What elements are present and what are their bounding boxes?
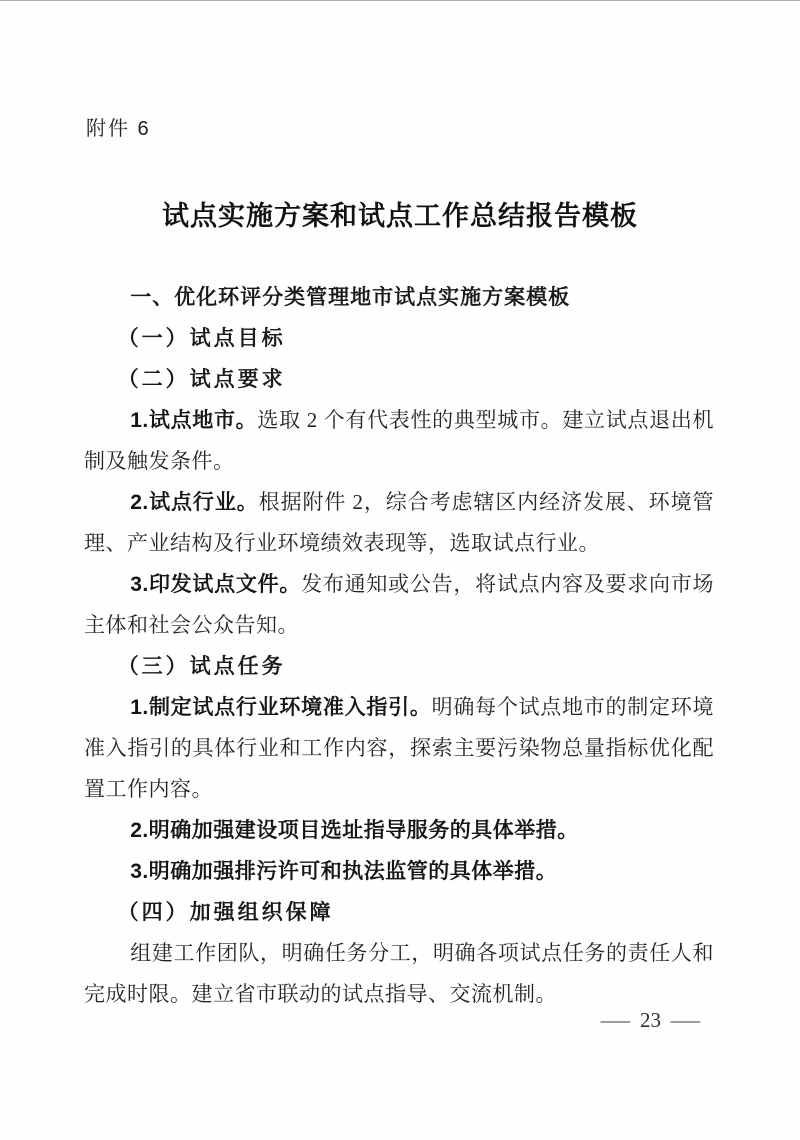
paragraph-task-permit-enforcement: 3.明确加强排污许可和执法监管的具体举措。: [84, 851, 714, 892]
bold-lead-pilot-city: 1.试点地市。: [130, 409, 257, 432]
subsection-heading-organization: （四）加强组织保障: [84, 892, 714, 933]
footer-dash-right: —: [671, 1008, 700, 1033]
bold-lead-pilot-industry: 2.试点行业。: [130, 491, 258, 514]
bold-lead-issue-documents: 3.印发试点文件。: [130, 573, 301, 596]
document-body: 一、优化环评分类管理地市试点实施方案模板 （一）试点目标 （二）试点要求 1.试…: [84, 277, 714, 1015]
paragraph-task-site-guidance: 2.明确加强建设项目选址指导服务的具体举措。: [84, 810, 714, 851]
paragraph-pilot-industry: 2.试点行业。根据附件 2，综合考虑辖区内经济发展、环境管理、产业结构及行业环境…: [84, 482, 714, 564]
bold-lead-task-site-guidance: 2.明确加强建设项目选址指导服务的具体举措。: [130, 819, 579, 842]
subsection-heading-requirements: （二）试点要求: [84, 359, 714, 400]
paragraph-issue-documents: 3.印发试点文件。发布通知或公告，将试点内容及要求向市场主体和社会公众告知。: [84, 564, 714, 646]
subsection-heading-tasks: （三）试点任务: [84, 646, 714, 687]
page-number: 23: [640, 1008, 661, 1033]
page-footer: —23—: [605, 1008, 696, 1033]
document-page: 附件 6 试点实施方案和试点工作总结报告模板 一、优化环评分类管理地市试点实施方…: [0, 0, 800, 1140]
bold-lead-task-access-guide: 1.制定试点行业环境准入指引。: [130, 696, 431, 719]
paragraph-task-access-guide: 1.制定试点行业环境准入指引。明确每个试点地市的制定环境准入指引的具体行业和工作…: [84, 687, 714, 810]
paragraph-pilot-city: 1.试点地市。选取 2 个有代表性的典型城市。建立试点退出机制及触发条件。: [84, 400, 714, 482]
paragraph-organization: 组建工作团队，明确任务分工，明确各项试点任务的责任人和完成时限。建立省市联动的试…: [84, 933, 714, 1015]
subsection-heading-goal: （一）试点目标: [84, 318, 714, 359]
attachment-label: 附件 6: [86, 112, 151, 141]
scan-edge-line: [0, 0, 800, 1]
document-title: 试点实施方案和试点工作总结报告模板: [0, 194, 800, 233]
footer-dash-left: —: [601, 1008, 630, 1033]
bold-lead-task-permit-enforcement: 3.明确加强排污许可和执法监管的具体举措。: [130, 860, 557, 883]
section-heading-1: 一、优化环评分类管理地市试点实施方案模板: [84, 277, 714, 318]
